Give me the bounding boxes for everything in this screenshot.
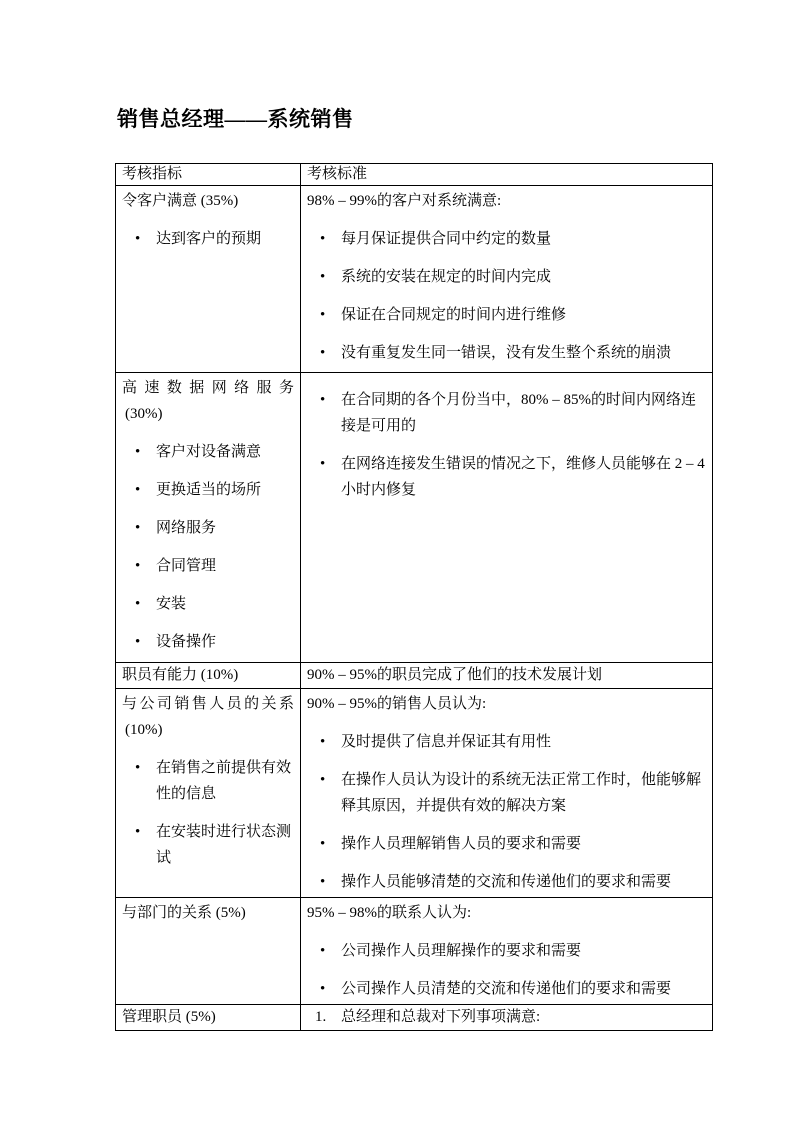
indicator-heading: 高速数据网络服务 — [122, 375, 294, 401]
list-item-text: 在安装时进行状态测试 — [156, 824, 291, 866]
list-item-text: 在销售之前提供有效性的信息 — [156, 760, 291, 802]
list-item-text: 操作人员能够清楚的交流和传递他们的要求和需要 — [341, 874, 671, 890]
table-row: 管理职员 (5%) 1. 总经理和总裁对下列事项满意: — [116, 1005, 713, 1031]
indicator-heading-weight: (10%) — [122, 717, 294, 743]
list-item: • 在安装时进行状态测试 — [122, 819, 294, 871]
indicator-cell: 与部门的关系 (5%) — [116, 898, 301, 1005]
table-row: 高速数据网络服务 (30%) • 客户对设备满意 • 更换适当的场所 • 网络服… — [116, 373, 713, 663]
column-header-indicator: 考核指标 — [116, 164, 301, 186]
column-header-standard: 考核标准 — [301, 164, 713, 186]
table-row: 令客户满意 (35%) • 达到客户的预期 98% – 99%的客户对系统满意:… — [116, 186, 713, 373]
list-item-text: 在操作人员认为设计的系统无法正常工作时，他能够解释其原因，并提供有效的解决方案 — [341, 772, 701, 814]
list-item: • 公司操作人员清楚的交流和传递他们的要求和需要 — [307, 976, 706, 1002]
bullet-icon: • — [320, 831, 325, 857]
table-row: 与公司销售人员的关系 (10%) • 在销售之前提供有效性的信息 • 在安装时进… — [116, 689, 713, 898]
list-item: • 在销售之前提供有效性的信息 — [122, 755, 294, 807]
list-item: • 在操作人员认为设计的系统无法正常工作时，他能够解释其原因，并提供有效的解决方… — [307, 767, 706, 819]
indicator-heading: 与公司销售人员的关系 — [122, 691, 294, 717]
numbered-item: 1. 总经理和总裁对下列事项满意: — [307, 1007, 706, 1028]
list-item: • 操作人员能够清楚的交流和传递他们的要求和需要 — [307, 869, 706, 895]
list-item: • 保证在合同规定的时间内进行维修 — [307, 302, 706, 328]
list-item-text: 安装 — [156, 596, 186, 612]
standard-intro: 90% – 95%的职员完成了他们的技术发展计划 — [307, 665, 706, 686]
list-item-text: 保证在合同规定的时间内进行维修 — [341, 307, 566, 323]
list-item-text: 合同管理 — [156, 558, 216, 574]
bullet-icon: • — [135, 439, 140, 465]
indicator-heading-weight: (30%) — [122, 401, 294, 427]
bullet-icon: • — [320, 767, 325, 793]
indicator-heading: 令客户满意 (35%) — [122, 188, 294, 214]
bullet-icon: • — [320, 340, 325, 366]
bullet-icon: • — [320, 729, 325, 755]
list-item-text: 公司操作人员清楚的交流和传递他们的要求和需要 — [341, 981, 671, 997]
page-title: 销售总经理——系统销售 — [117, 103, 354, 133]
list-item: • 系统的安装在规定的时间内完成 — [307, 264, 706, 290]
list-item: • 合同管理 — [122, 553, 294, 579]
bullet-icon: • — [320, 938, 325, 964]
list-item: • 网络服务 — [122, 515, 294, 541]
table-row: 职员有能力 (10%) 90% – 95%的职员完成了他们的技术发展计划 — [116, 663, 713, 689]
list-item-text: 及时提供了信息并保证其有用性 — [341, 734, 551, 750]
bullet-icon: • — [320, 451, 325, 477]
list-item: • 在合同期的各个月份当中，80% – 85%的时间内网络连接是可用的 — [307, 387, 706, 439]
bullet-icon: • — [135, 515, 140, 541]
bullet-icon: • — [135, 591, 140, 617]
bullet-icon: • — [135, 553, 140, 579]
list-item: • 设备操作 — [122, 629, 294, 655]
list-item: • 安装 — [122, 591, 294, 617]
indicator-cell: 管理职员 (5%) — [116, 1005, 301, 1031]
bullet-icon: • — [135, 819, 140, 845]
bullet-icon: • — [135, 755, 140, 781]
list-item-text: 客户对设备满意 — [156, 444, 261, 460]
indicator-heading: 管理职员 (5%) — [122, 1007, 294, 1028]
list-item-text: 每月保证提供合同中约定的数量 — [341, 231, 551, 247]
bullet-icon: • — [320, 387, 325, 413]
bullet-icon: • — [135, 629, 140, 655]
list-item-text: 更换适当的场所 — [156, 482, 261, 498]
list-item-text: 在合同期的各个月份当中，80% – 85%的时间内网络连接是可用的 — [341, 392, 696, 434]
list-item-text: 在网络连接发生错误的情况之下，维修人员能够在 2 – 4 小时内修复 — [341, 456, 705, 498]
list-item-text: 设备操作 — [156, 634, 216, 650]
list-item: • 在网络连接发生错误的情况之下，维修人员能够在 2 – 4 小时内修复 — [307, 451, 706, 503]
indicator-cell: 与公司销售人员的关系 (10%) • 在销售之前提供有效性的信息 • 在安装时进… — [116, 689, 301, 898]
standard-intro: 95% – 98%的联系人认为: — [307, 900, 706, 926]
standard-cell: 1. 总经理和总裁对下列事项满意: — [301, 1005, 713, 1031]
list-item-text: 网络服务 — [156, 520, 216, 536]
indicator-heading: 职员有能力 (10%) — [122, 665, 294, 686]
document-page: 销售总经理——系统销售 考核指标 考核标准 令客户满意 (35%) • 达到客户… — [0, 0, 793, 1122]
standard-cell: 90% – 95%的销售人员认为: • 及时提供了信息并保证其有用性 • 在操作… — [301, 689, 713, 898]
standard-cell: 98% – 99%的客户对系统满意: • 每月保证提供合同中约定的数量 • 系统… — [301, 186, 713, 373]
item-number: 1. — [315, 1007, 326, 1028]
list-item: • 达到客户的预期 — [122, 226, 294, 252]
indicator-heading: 与部门的关系 (5%) — [122, 900, 294, 926]
list-item: • 公司操作人员理解操作的要求和需要 — [307, 938, 706, 964]
table-header-row: 考核指标 考核标准 — [116, 164, 713, 186]
list-item-text: 没有重复发生同一错误，没有发生整个系统的崩溃 — [341, 345, 671, 361]
list-item: • 没有重复发生同一错误，没有发生整个系统的崩溃 — [307, 340, 706, 366]
evaluation-table: 考核指标 考核标准 令客户满意 (35%) • 达到客户的预期 98% – 99… — [115, 163, 713, 1031]
list-item: • 每月保证提供合同中约定的数量 — [307, 226, 706, 252]
list-item-text: 公司操作人员理解操作的要求和需要 — [341, 943, 581, 959]
bullet-icon: • — [320, 226, 325, 252]
bullet-icon: • — [320, 264, 325, 290]
list-item: • 客户对设备满意 — [122, 439, 294, 465]
bullet-icon: • — [135, 477, 140, 503]
standard-intro: 98% – 99%的客户对系统满意: — [307, 188, 706, 214]
table-row: 与部门的关系 (5%) 95% – 98%的联系人认为: • 公司操作人员理解操… — [116, 898, 713, 1005]
standard-intro: 90% – 95%的销售人员认为: — [307, 691, 706, 717]
list-item-text: 系统的安装在规定的时间内完成 — [341, 269, 551, 285]
bullet-icon: • — [135, 226, 140, 252]
indicator-cell: 高速数据网络服务 (30%) • 客户对设备满意 • 更换适当的场所 • 网络服… — [116, 373, 301, 663]
indicator-cell: 令客户满意 (35%) • 达到客户的预期 — [116, 186, 301, 373]
list-item: • 及时提供了信息并保证其有用性 — [307, 729, 706, 755]
list-item-text: 达到客户的预期 — [156, 231, 261, 247]
standard-cell: 95% – 98%的联系人认为: • 公司操作人员理解操作的要求和需要 • 公司… — [301, 898, 713, 1005]
indicator-cell: 职员有能力 (10%) — [116, 663, 301, 689]
list-item-text: 操作人员理解销售人员的要求和需要 — [341, 836, 581, 852]
bullet-icon: • — [320, 869, 325, 895]
standard-cell: 90% – 95%的职员完成了他们的技术发展计划 — [301, 663, 713, 689]
numbered-item-text: 总经理和总裁对下列事项满意: — [341, 1009, 540, 1025]
bullet-icon: • — [320, 302, 325, 328]
list-item: • 操作人员理解销售人员的要求和需要 — [307, 831, 706, 857]
list-item: • 更换适当的场所 — [122, 477, 294, 503]
standard-cell: • 在合同期的各个月份当中，80% – 85%的时间内网络连接是可用的 • 在网… — [301, 373, 713, 663]
bullet-icon: • — [320, 976, 325, 1002]
